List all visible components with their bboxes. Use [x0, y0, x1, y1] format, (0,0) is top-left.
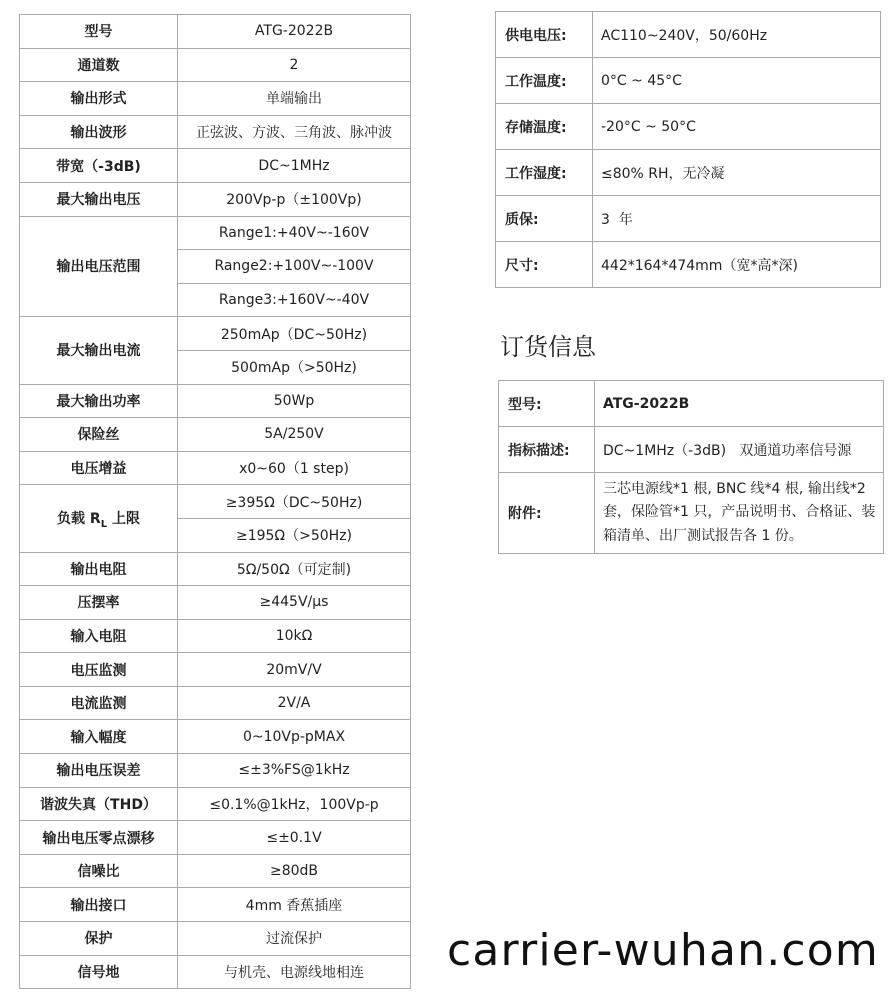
table-row: 信号地与机壳、电源线地相连 — [20, 955, 411, 989]
spec-key: 信号地 — [20, 955, 178, 989]
spec-value: 500mAp（>50Hz) — [178, 350, 411, 384]
spec-value: 4mm 香蕉插座 — [178, 888, 411, 922]
spec-key: 带宽（-3dB) — [20, 149, 178, 183]
watermark-text: carrier-wuhan.com — [447, 925, 879, 976]
env-value: AC110~240V，50/60Hz — [593, 12, 881, 58]
table-row: 电压增益x0~60（1 step) — [20, 451, 411, 485]
env-key: 存储温度: — [496, 104, 593, 150]
env-value: -20°C ~ 50°C — [593, 104, 881, 150]
spec-value: 过流保护 — [178, 922, 411, 956]
spec-key-prefix: 负载 R — [57, 511, 101, 527]
spec-key: 保险丝 — [20, 418, 178, 452]
spec-key: 通道数 — [20, 48, 178, 82]
table-row: 型号ATG-2022B — [20, 15, 411, 49]
spec-key: 输出电压误差 — [20, 754, 178, 788]
spec-key: 电压监测 — [20, 653, 178, 687]
spec-key: 电流监测 — [20, 686, 178, 720]
table-row: 输出波形正弦波、方波、三角波、脉冲波 — [20, 115, 411, 149]
spec-value: Range3:+160V~-40V — [178, 283, 411, 317]
spec-key-load-limit: 负载 RL 上限 — [20, 485, 178, 552]
table-row: 电流监测2V/A — [20, 686, 411, 720]
spec-key: 电压增益 — [20, 451, 178, 485]
table-row: 附件:三芯电源线*1 根, BNC 线*4 根, 输出线*2 套，保险管*1 只… — [499, 473, 884, 554]
spec-key: 输出波形 — [20, 115, 178, 149]
table-row: 电压监测20mV/V — [20, 653, 411, 687]
env-key: 工作湿度: — [496, 150, 593, 196]
spec-value: 5Ω/50Ω（可定制) — [178, 552, 411, 586]
env-key: 工作温度: — [496, 58, 593, 104]
table-row: 最大输出功率50Wp — [20, 384, 411, 418]
spec-value: 20mV/V — [178, 653, 411, 687]
spec-value: 250mAp（DC~50Hz) — [178, 317, 411, 351]
spec-key: 输出电阻 — [20, 552, 178, 586]
spec-value: 2 — [178, 48, 411, 82]
spec-value: 200Vp-p（±100Vp) — [178, 182, 411, 216]
spec-value: 2V/A — [178, 686, 411, 720]
table-row: 型号:ATG-2022B — [499, 381, 884, 427]
table-row: 供电电压:AC110~240V，50/60Hz — [496, 12, 881, 58]
spec-key: 输出接口 — [20, 888, 178, 922]
spec-value: 5A/250V — [178, 418, 411, 452]
spec-value: Range2:+100V~-100V — [178, 250, 411, 284]
table-row: 输出电阻5Ω/50Ω（可定制) — [20, 552, 411, 586]
spec-value: 与机壳、电源线地相连 — [178, 955, 411, 989]
table-row: 输出电压误差≤±3%FS@1kHz — [20, 754, 411, 788]
spec-key: 最大输出电压 — [20, 182, 178, 216]
table-row: 质保:3 年 — [496, 196, 881, 242]
spec-key: 输入电阻 — [20, 619, 178, 653]
table-row: 带宽（-3dB)DC~1MHz — [20, 149, 411, 183]
order-key: 指标描述: — [499, 427, 595, 473]
spec-value: ≤0.1%@1kHz，100Vp-p — [178, 787, 411, 821]
table-row: 存储温度:-20°C ~ 50°C — [496, 104, 881, 150]
order-value: ATG-2022B — [595, 381, 884, 427]
order-info-table: 型号:ATG-2022B 指标描述:DC~1MHz（-3dB) 双通道功率信号源… — [498, 380, 884, 554]
environment-table: 供电电压:AC110~240V，50/60Hz 工作温度:0°C ~ 45°C … — [495, 11, 881, 288]
table-row: 输出形式单端输出 — [20, 82, 411, 116]
spec-key: 信噪比 — [20, 854, 178, 888]
spec-key: 型号 — [20, 15, 178, 49]
spec-key: 输出电压范围 — [20, 216, 178, 317]
env-value: 442*164*474mm（宽*高*深) — [593, 242, 881, 288]
table-row: 尺寸:442*164*474mm（宽*高*深) — [496, 242, 881, 288]
spec-value: 正弦波、方波、三角波、脉冲波 — [178, 115, 411, 149]
spec-value: ≤±3%FS@1kHz — [178, 754, 411, 788]
table-row: 信噪比≥80dB — [20, 854, 411, 888]
table-row: 通道数2 — [20, 48, 411, 82]
spec-value: Range1:+40V~-160V — [178, 216, 411, 250]
table-row: 负载 RL 上限 ≥395Ω（DC~50Hz) — [20, 485, 411, 519]
spec-value: ≥80dB — [178, 854, 411, 888]
env-value: 0°C ~ 45°C — [593, 58, 881, 104]
spec-key: 输出电压零点漂移 — [20, 821, 178, 855]
env-key: 供电电压: — [496, 12, 593, 58]
table-row: 压摆率≥445V/μs — [20, 586, 411, 620]
table-row: 工作湿度:≤80% RH，无冷凝 — [496, 150, 881, 196]
spec-value: DC~1MHz — [178, 149, 411, 183]
table-row: 工作温度:0°C ~ 45°C — [496, 58, 881, 104]
table-row: 输入电阻10kΩ — [20, 619, 411, 653]
spec-table: 型号ATG-2022B 通道数2 输出形式单端输出 输出波形正弦波、方波、三角波… — [19, 14, 411, 989]
table-row: 最大输出电流250mAp（DC~50Hz) — [20, 317, 411, 351]
spec-value: ≥445V/μs — [178, 586, 411, 620]
order-value: 三芯电源线*1 根, BNC 线*4 根, 输出线*2 套，保险管*1 只，产品… — [595, 473, 884, 554]
spec-key: 输出形式 — [20, 82, 178, 116]
spec-value: 单端输出 — [178, 82, 411, 116]
spec-key: 输入幅度 — [20, 720, 178, 754]
spec-key: 最大输出电流 — [20, 317, 178, 384]
spec-value: 10kΩ — [178, 619, 411, 653]
spec-value: ATG-2022B — [178, 15, 411, 49]
spec-key: 保护 — [20, 922, 178, 956]
table-row: 输出接口4mm 香蕉插座 — [20, 888, 411, 922]
table-row: 指标描述:DC~1MHz（-3dB) 双通道功率信号源 — [499, 427, 884, 473]
table-row: 输出电压范围Range1:+40V~-160V — [20, 216, 411, 250]
order-value: DC~1MHz（-3dB) 双通道功率信号源 — [595, 427, 884, 473]
env-key: 尺寸: — [496, 242, 593, 288]
spec-value: 50Wp — [178, 384, 411, 418]
table-row: 保护过流保护 — [20, 922, 411, 956]
spec-value: x0~60（1 step) — [178, 451, 411, 485]
env-value: 3 年 — [593, 196, 881, 242]
env-key: 质保: — [496, 196, 593, 242]
table-row: 保险丝5A/250V — [20, 418, 411, 452]
order-info-heading: 订货信息 — [500, 327, 596, 362]
env-value: ≤80% RH，无冷凝 — [593, 150, 881, 196]
spec-value: ≥195Ω（>50Hz) — [178, 518, 411, 552]
spec-value: ≤±0.1V — [178, 821, 411, 855]
spec-key: 谐波失真（THD） — [20, 787, 178, 821]
table-row: 谐波失真（THD）≤0.1%@1kHz，100Vp-p — [20, 787, 411, 821]
spec-value: 0~10Vp-pMAX — [178, 720, 411, 754]
order-key: 型号: — [499, 381, 595, 427]
table-row: 输入幅度0~10Vp-pMAX — [20, 720, 411, 754]
spec-key: 压摆率 — [20, 586, 178, 620]
spec-value: ≥395Ω（DC~50Hz) — [178, 485, 411, 519]
table-row: 最大输出电压200Vp-p（±100Vp) — [20, 182, 411, 216]
spec-key: 最大输出功率 — [20, 384, 178, 418]
order-key: 附件: — [499, 473, 595, 554]
table-row: 输出电压零点漂移≤±0.1V — [20, 821, 411, 855]
spec-key-suffix: 上限 — [107, 511, 140, 527]
